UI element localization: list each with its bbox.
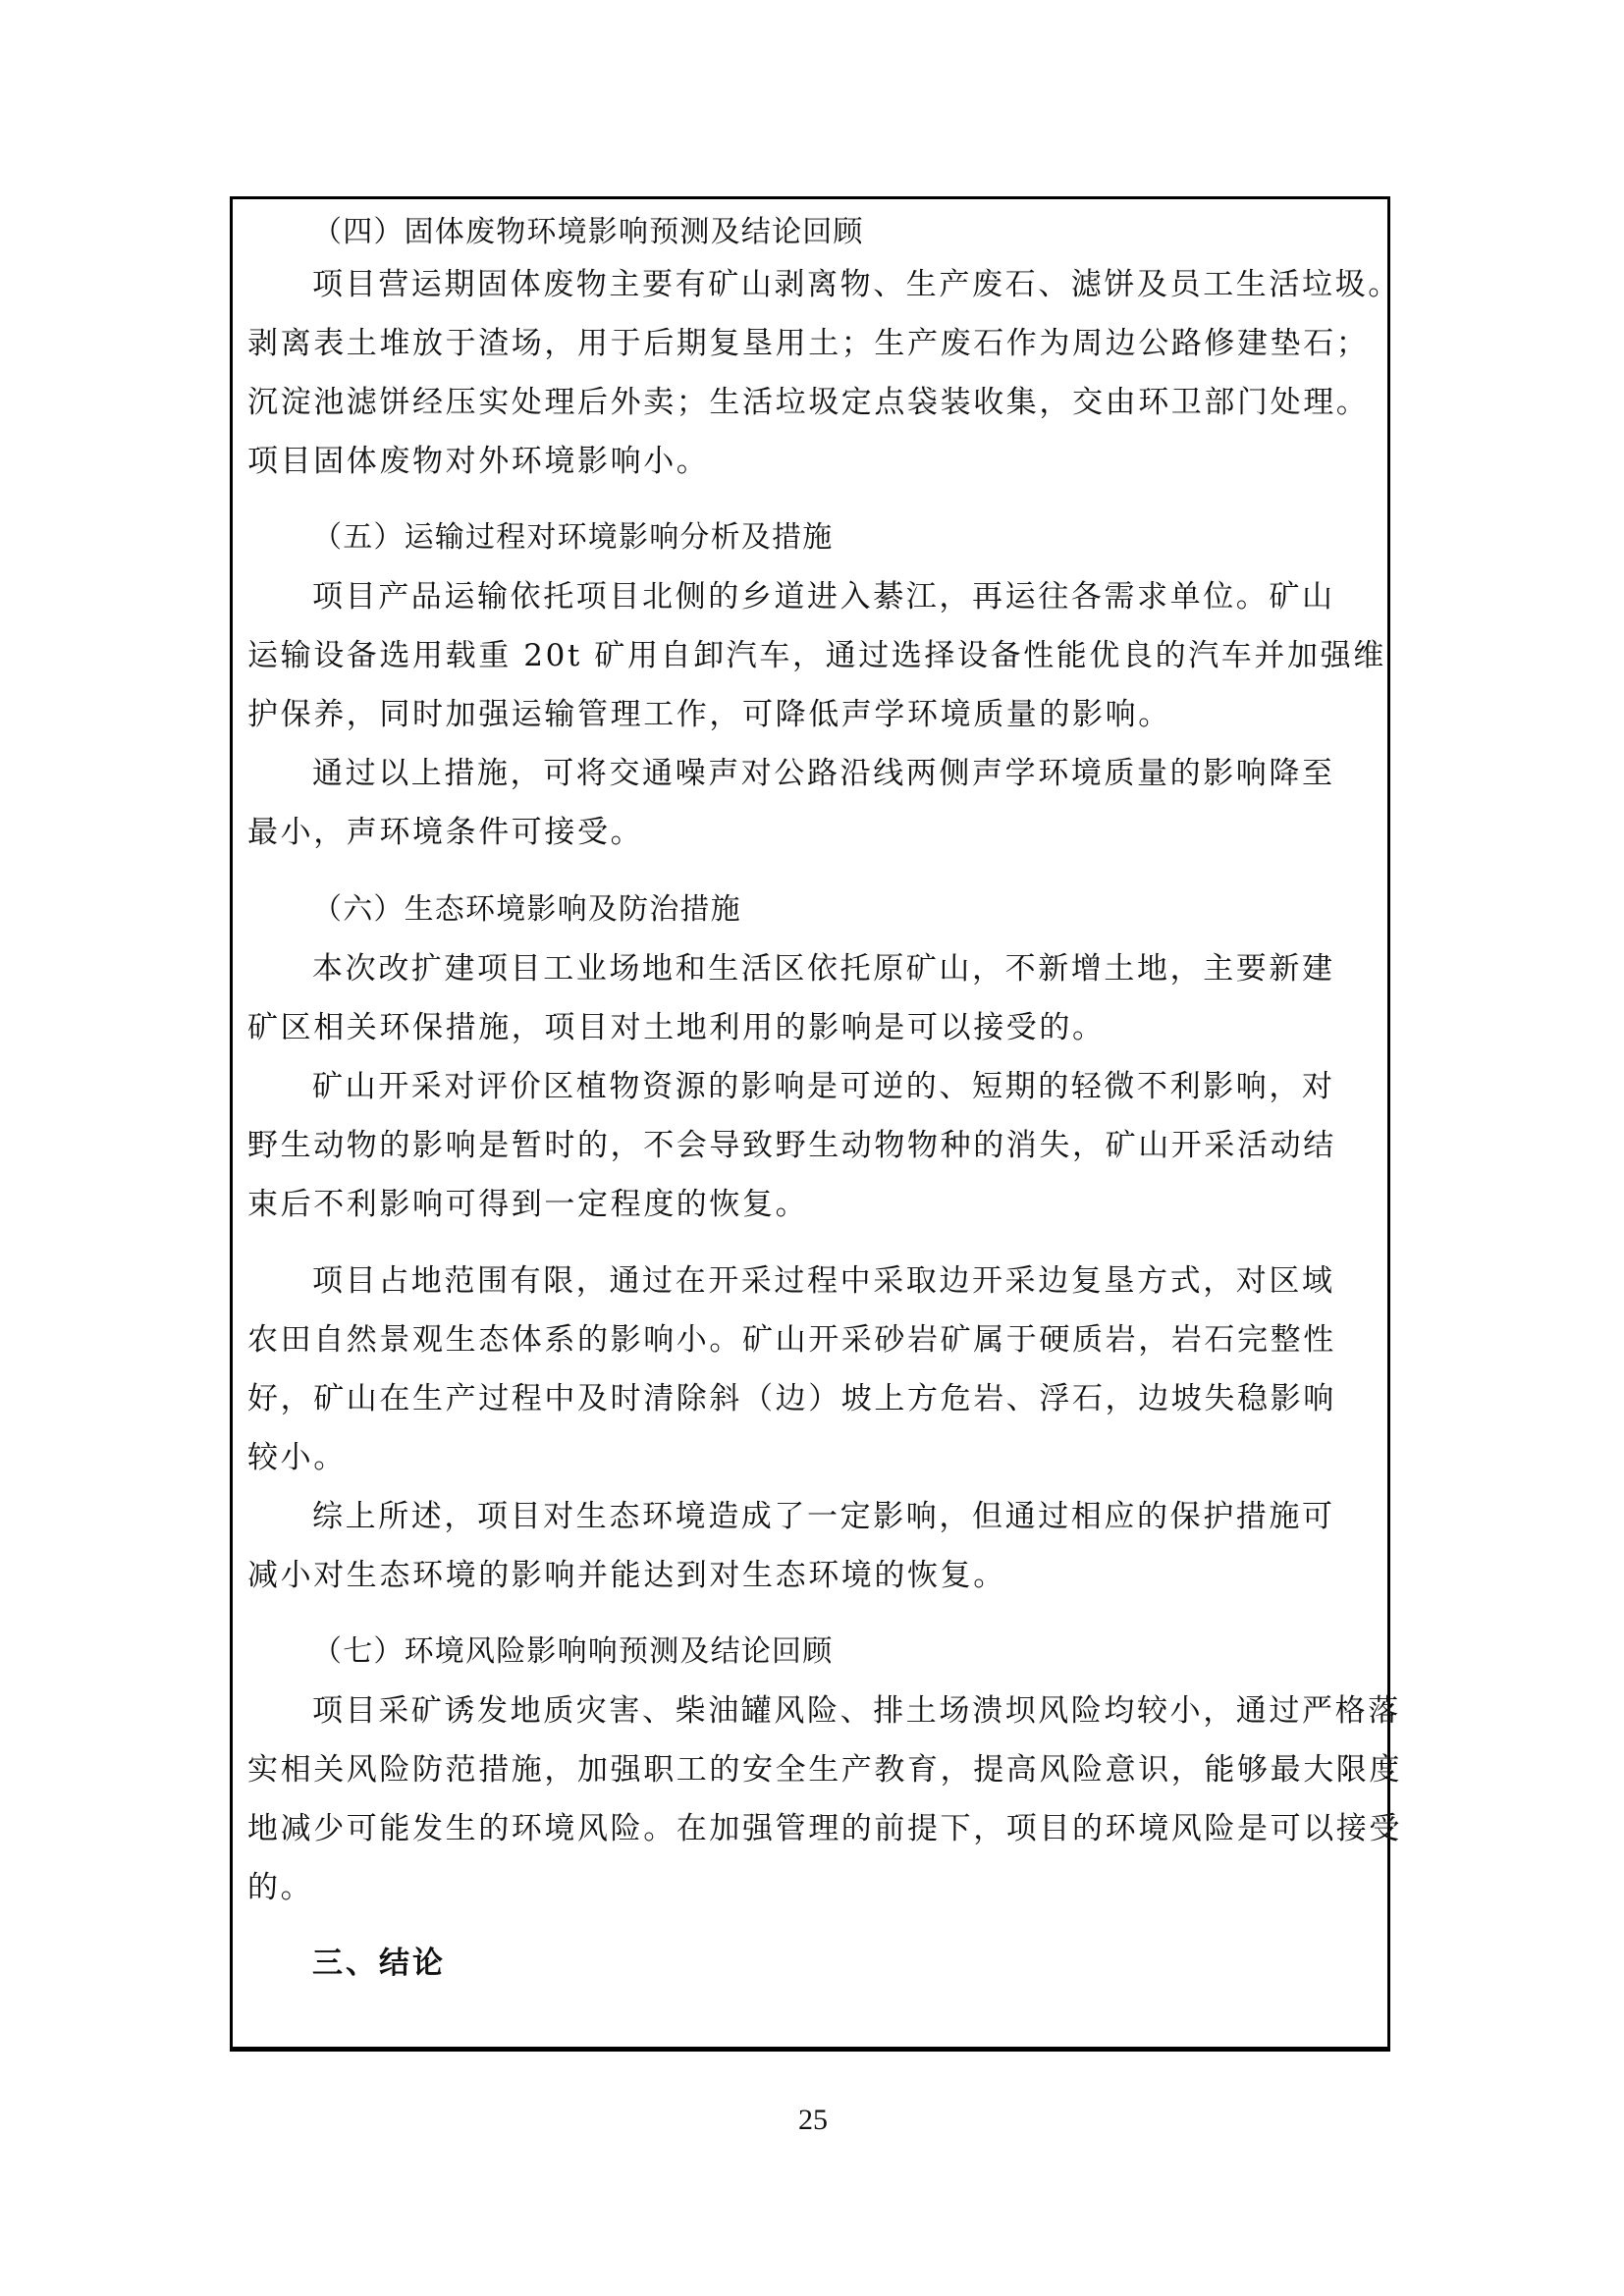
paragraph-line: 运输设备选用载重 20t 矿用自卸汽车，通过选择设备性能优良的汽车并加强维 [247,636,1386,675]
paragraph-first-line: 项目占地范围有限，通过在开采过程中采取边开采边复垦方式，对区域 [312,1261,1335,1301]
paragraph-first-line: 本次改扩建项目工业场地和生活区依托原矿山，不新增土地，主要新建 [312,949,1335,988]
section-heading: （五）运输过程对环境影响分析及措施 [312,518,833,558]
paragraph-line: 较小。 [247,1438,347,1477]
paragraph-line: 农田自然景观生态体系的影响小。矿山开采砂岩矿属于硬质岩，岩石完整性 [247,1320,1336,1360]
section-heading: （四）固体废物环境影响预测及结论回顾 [312,213,864,252]
conclusion-heading: 三、结论 [312,1944,446,1983]
paragraph-line: 束后不利影响可得到一定程度的恢复。 [247,1185,808,1224]
paragraph-first-line: 通过以上措施，可将交通噪声对公路沿线两侧声学环境质量的影响降至 [312,754,1335,793]
paragraph-line: 沉淀池滤饼经压实处理后外卖；生活垃圾定点袋装收集，交由环卫部门处理。 [247,383,1369,422]
paragraph-line: 护保养，同时加强运输管理工作，可降低声学环境质量的影响。 [247,695,1171,734]
paragraph-line: 项目固体废物对外环境影响小。 [247,442,709,481]
paragraph-line: 实相关风险防范措施，加强职工的安全生产教育，提高风险意识，能够最大限度 [247,1750,1402,1789]
paragraph-line: 地减少可能发生的环境风险。在加强管理的前提下，项目的环境风险是可以接受 [247,1809,1402,1848]
paragraph-line: 矿区相关环保措施，项目对土地利用的影响是可以接受的。 [247,1008,1106,1047]
paragraph-line: 的。 [247,1868,313,1907]
paragraph-first-line: 项目营运期固体废物主要有矿山剥离物、生产废石、滤饼及员工生活垃圾。 [312,265,1401,304]
paragraph-first-line: 项目采矿诱发地质灾害、柴油罐风险、排土场溃坝风险均较小，通过严格落 [312,1691,1401,1731]
paragraph-first-line: 综上所述，项目对生态环境造成了一定影响，但通过相应的保护措施可 [312,1497,1335,1536]
paragraph-line: 剥离表土堆放于渣场，用于后期复垦用土；生产废石作为周边公路修建垫石； [247,324,1369,363]
section-heading: （七）环境风险影响响预测及结论回顾 [312,1632,833,1672]
section-heading: （六）生态环境影响及防治措施 [312,890,741,930]
paragraph-line: 野生动物的影响是暂时的，不会导致野生动物物种的消失，矿山开采活动结 [247,1126,1336,1165]
paragraph-first-line: 矿山开采对评价区植物资源的影响是可逆的、短期的轻微不利影响，对 [312,1067,1335,1106]
page-number: 25 [793,2104,833,2137]
paragraph-first-line: 项目产品运输依托项目北侧的乡道进入綦江，再运往各需求单位。矿山 [312,577,1335,616]
paragraph-line: 好，矿山在生产过程中及时清除斜（边）坡上方危岩、浮石，边坡失稳影响 [247,1379,1336,1418]
paragraph-line: 减小对生态环境的影响并能达到对生态环境的恢复。 [247,1556,1006,1595]
paragraph-line: 最小，声环境条件可接受。 [247,813,643,852]
